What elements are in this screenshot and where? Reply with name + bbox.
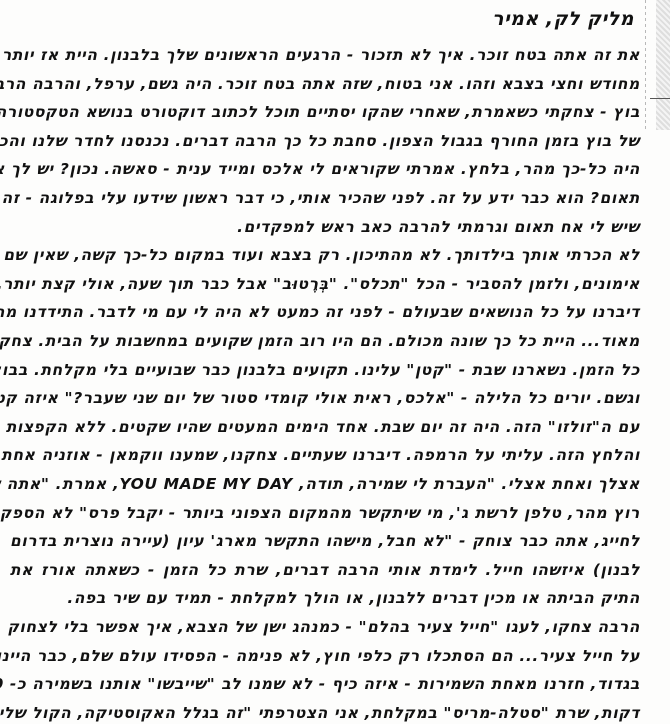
letter-line: התיק הביתה או מכין דברים ללבנון, או הולך… [67, 587, 640, 609]
margin-underline [650, 98, 670, 99]
letter-line: הרבה צחקו, לעגו "חייל צעיר בהלם" - כמנהג… [10, 616, 640, 638]
letter-line: עם ה"זולזו" הזה. היה זה יום שבת. אחד הימ… [10, 416, 640, 438]
letter-line: מחודש וחצי בצבא וזהו. אני בטוח, שזה אתה … [10, 73, 640, 95]
letter-line: וגשם. יורים כל הלילה - "אלכס, ראית אולי … [10, 387, 640, 409]
letter-line: בגדוד, חזרנו מאחת השמירות - איזה כיף - ל… [10, 673, 640, 695]
letter-line: לא הכרתי אותך בילדותך. לא מהתיכון. רק בצ… [10, 244, 640, 266]
letter-line: לחייג, אתה כבר צוחק - "לא חבל, מישהו התק… [10, 530, 640, 552]
letter-line: מאוד... היית כל כך שונה מכולם. הם היו רו… [10, 330, 640, 352]
letter-line: דקות, שרת "סטלה-מריס" במקלחת, אני הצטרפת… [0, 702, 640, 724]
letter-line: היה כל-כך מהר, בלחץ. אמרתי שקוראים לי אל… [10, 158, 640, 180]
letter-line: של בוץ בזמן החורף בגבול הצפון. סחבת כל כ… [10, 130, 640, 152]
letter-line: לבנון) איזשהו חייל. לימדת אותי הרבה דברי… [10, 559, 640, 581]
scan-fold-line [645, 0, 646, 130]
letter-line: אימונים, ולזמן להסביר - הכל "תכלס". "בְּ… [10, 273, 640, 295]
letter-line: תאום? הוא כבר ידע על זה. לפני שהכיר אותי… [10, 187, 640, 209]
letter-line: דיברנו על כל הנושאים שבעולם - לפני זה כמ… [10, 301, 640, 323]
letter-line: שיש לי אח תאום וגרמתי להרבה כאב ראש למפק… [237, 216, 640, 238]
letter-greeting: מליק לק, אמיר [492, 8, 634, 30]
scanned-letter-page: מליק לק, אמיר את זה אתה בטח זוכר. איך לא… [0, 0, 670, 724]
letter-line: את זה אתה בטח זוכר. איך לא תזכור - הרגעי… [10, 44, 640, 66]
letter-line: כל הזמן. נשארנו שבת - "קטן" עלינו. תקועי… [10, 359, 640, 381]
letter-line: אצלך ואחת אצלי. "העברת לי שמירה, תודה, Y… [10, 473, 640, 495]
letter-line: על חייל צעיר... הם הסתכלו רק כלפי חוץ, ל… [10, 645, 640, 667]
scan-edge-shadow [656, 0, 670, 130]
letter-line: רוץ מהר, טלפן לרשת ג', מי שיתקשר מהמקום … [10, 502, 640, 524]
letter-line: והלחץ הזה. עליתי על הרמפה. דיברנו שעתיים… [10, 444, 640, 466]
letter-line: בוץ - צחקתי כשאמרת, שאחרי שהקו יסתיים תו… [10, 101, 640, 123]
